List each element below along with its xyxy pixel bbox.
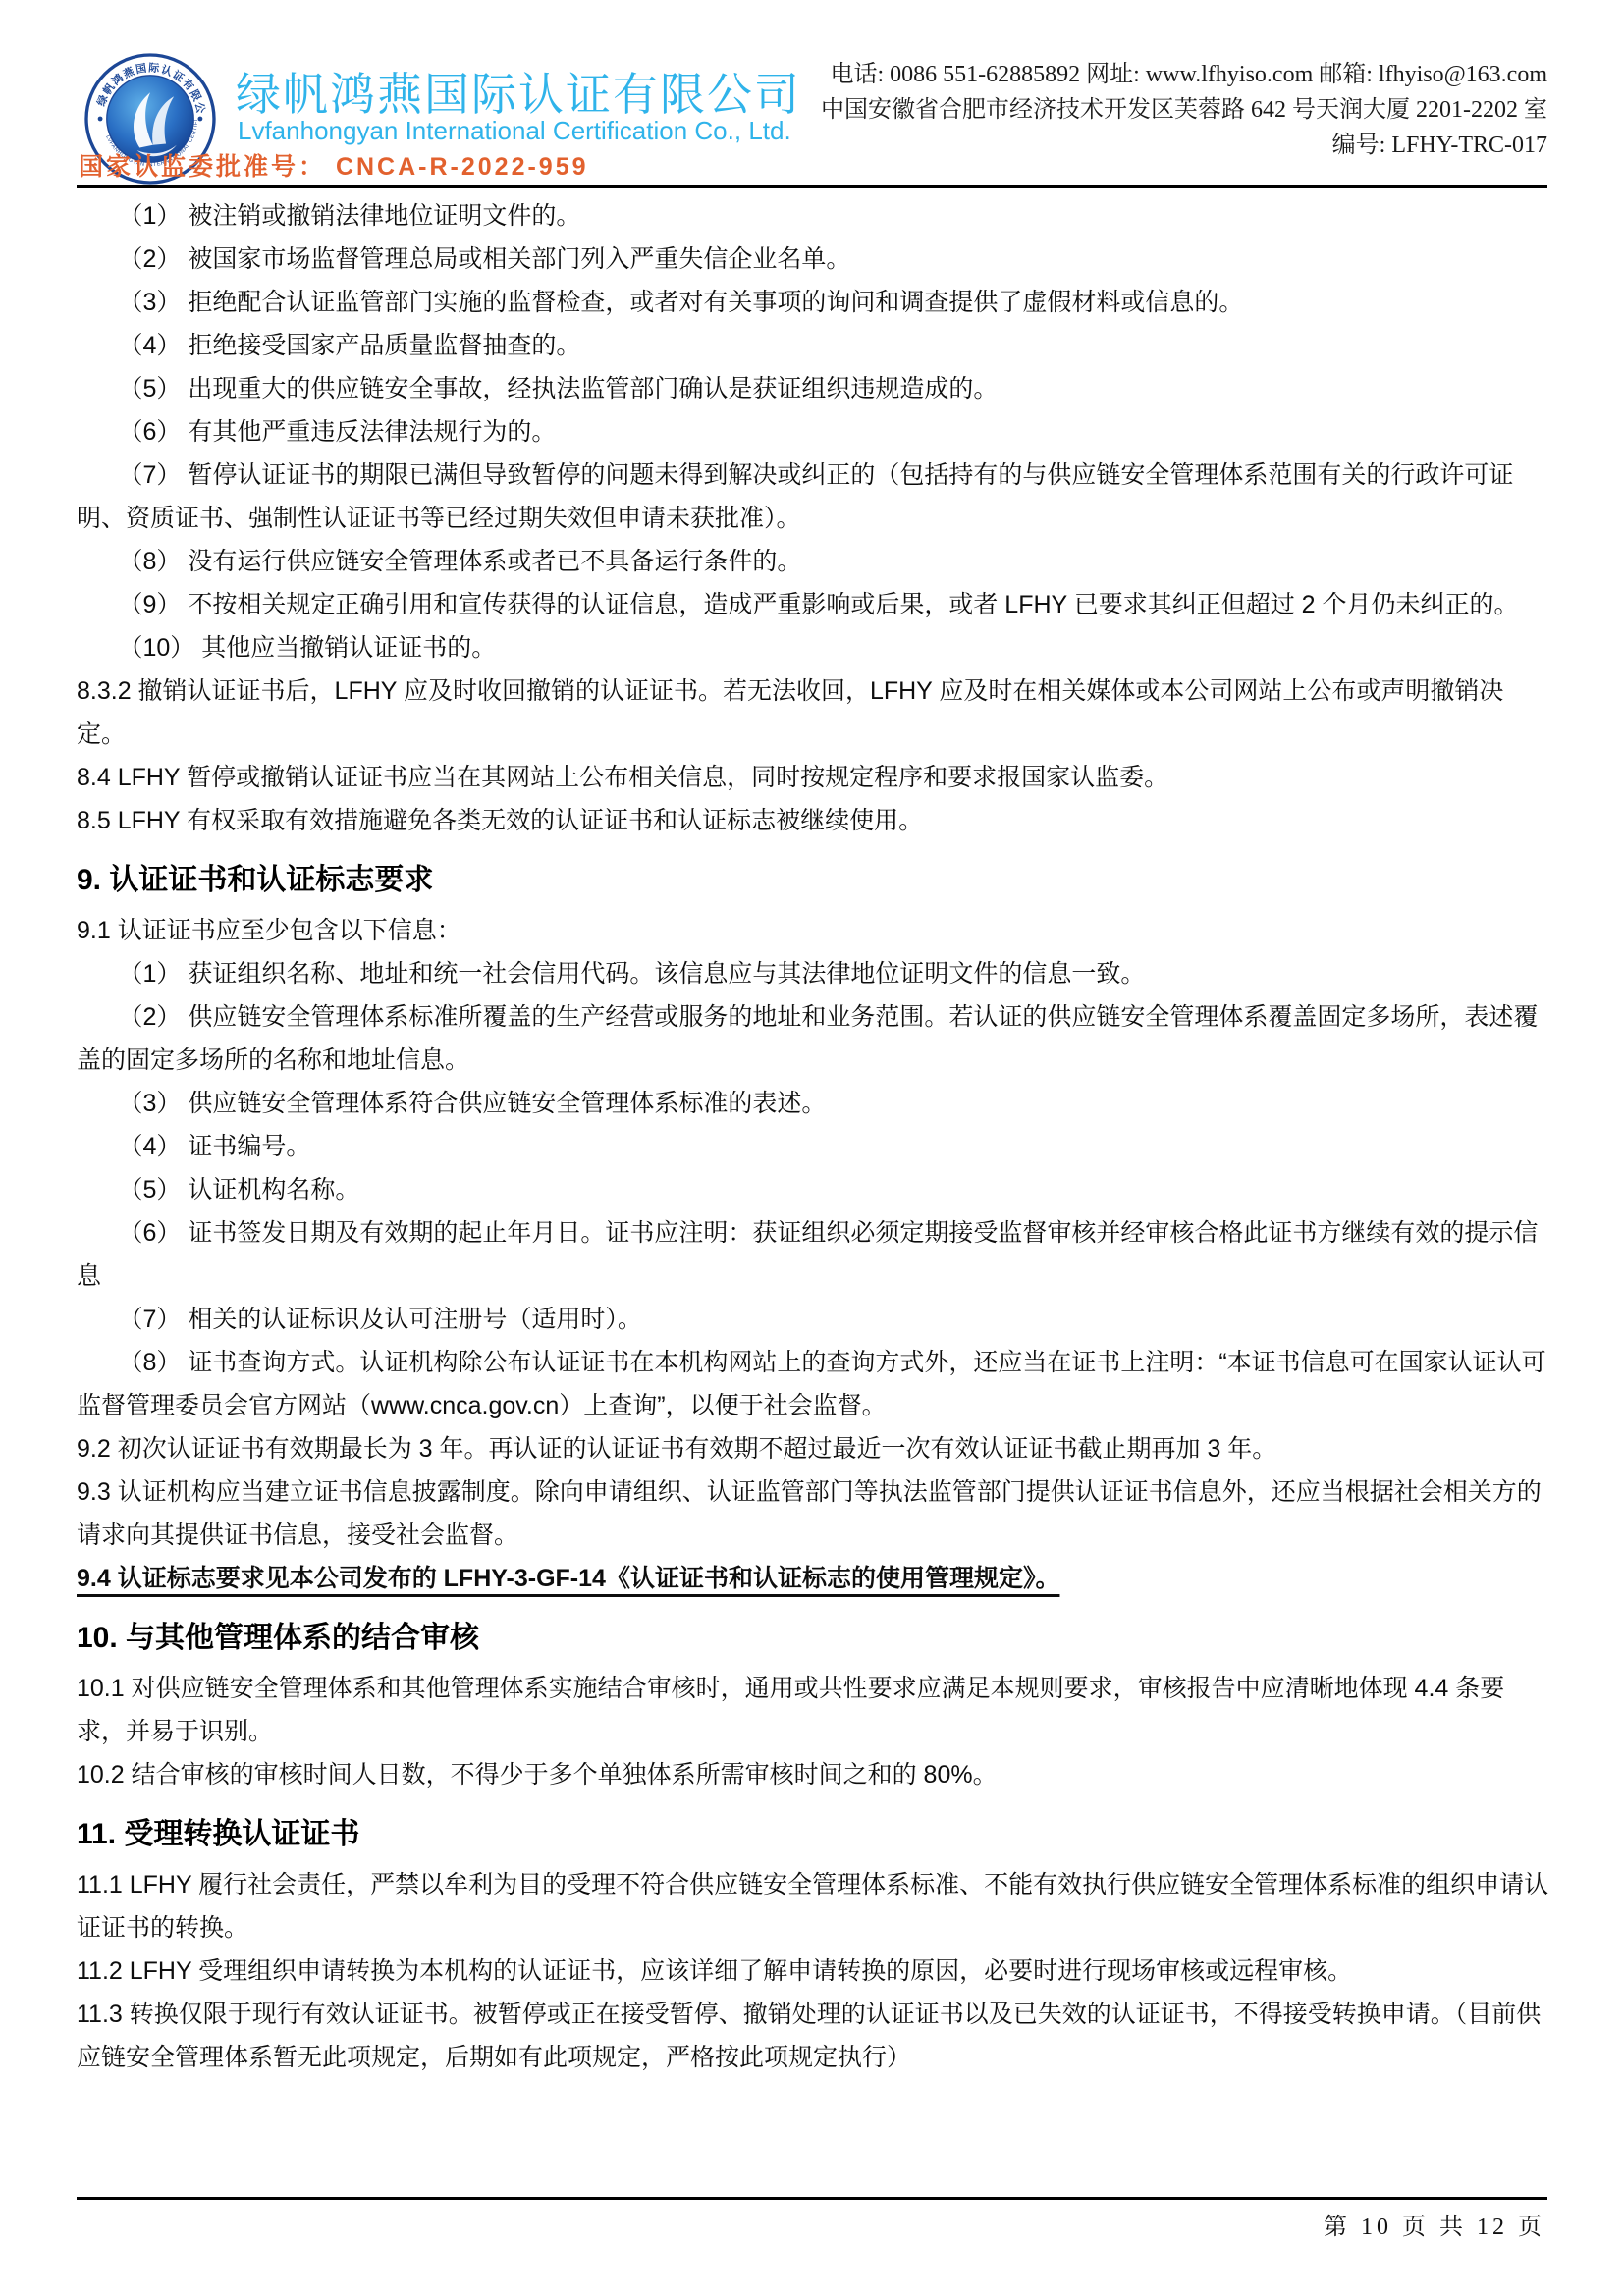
paragraph-para-10-1: 10.1 对供应链安全管理体系和其他管理体系实施结合审核时，通用或共性要求应满足… [77,1667,1549,1753]
paragraph-para-8-4: 8.4 LFHY 暂停或撤销认证证书应当在其网站上公布相关信息，同时按规定程序和… [77,756,1549,799]
address-line: 中国安徽省合肥市经济技术开发区芙蓉路 642 号天润大厦 2201-2202 室 [821,92,1547,128]
paragraph-item-8-9: （9） 不按相关规定正确引用和宣传获得的认证信息，造成严重影响或后果，或者 LF… [77,583,1549,626]
paragraph-item-9-5: （5） 认证机构名称。 [77,1168,1549,1211]
paragraph-para-9-2: 9.2 初次认证证书有效期最长为 3 年。再认证的认证证书有效期不超过最近一次有… [77,1427,1549,1470]
paragraph-para-10-2: 10.2 结合审核的审核时间人日数，不得少于多个单独体系所需审核时间之和的 80… [77,1753,1549,1796]
paragraph-item-8-10: （10） 其他应当撤销认证证书的。 [77,626,1549,669]
contact-line: 电话: 0086 551-62885892 网址: www.lfhyiso.co… [821,57,1547,92]
paragraph-item-9-4: （4） 证书编号。 [77,1125,1549,1168]
paragraph-heading-10: 10. 与其他管理体系的结合审核 [77,1616,1549,1661]
paragraph-item-9-8: （8） 证书查询方式。认证机构除公布认证证书在本机构网站上的查询方式外，还应当在… [77,1341,1549,1427]
company-name-en: Lvfanhongyan International Certification… [238,116,791,146]
paragraph-para-8-3-2: 8.3.2 撤销认证证书后，LFHY 应及时收回撤销的认证证书。若无法收回，LF… [77,669,1549,756]
doc-number-line: 编号: LFHY-TRC-017 [821,128,1547,163]
header-divider [77,185,1547,188]
page-number: 第 10 页 共 12 页 [1324,2207,1545,2241]
paragraph-para-11-1: 11.1 LFHY 履行社会责任，严禁以牟利为目的受理不符合供应链安全管理体系标… [77,1863,1549,1949]
approval-number-line: 国家认监委批准号： CNCA-R-2022-959 [79,147,589,183]
paragraph-para-11-3: 11.3 转换仅限于现行有效认证证书。被暂停或正在接受暂停、撤销处理的认证证书以… [77,1993,1549,2079]
company-name-zh: 绿帆鸿燕国际认证有限公司 [236,59,801,124]
paragraph-para-9-3: 9.3 认证机构应当建立证书信息披露制度。除向申请组织、认证监管部门等执法监管部… [77,1470,1549,1557]
paragraph-heading-11: 11. 受理转换认证证书 [77,1812,1549,1857]
paragraph-para-11-2: 11.2 LFHY 受理组织申请转换为本机构的认证证书，应该详细了解申请转换的原… [77,1949,1549,1993]
paragraph-item-8-3: （3） 拒绝配合认证监管部门实施的监督检查，或者对有关事项的询问和调查提供了虚假… [77,281,1549,324]
paragraph-item-9-7: （7） 相关的认证标识及认可注册号（适用时）。 [77,1298,1549,1341]
paragraph-item-8-5: （5） 出现重大的供应链安全事故，经执法监管部门确认是获证组织违规造成的。 [77,367,1549,410]
paragraph-item-8-7: （7） 暂停认证证书的期限已满但导致暂停的问题未得到解决或纠正的（包括持有的与供… [77,454,1549,540]
paragraph-item-9-1: （1） 获证组织名称、地址和统一社会信用代码。该信息应与其法律地位证明文件的信息… [77,952,1549,995]
paragraph-item-8-4: （4） 拒绝接受国家产品质量监督抽查的。 [77,324,1549,367]
paragraph-item-9-3: （3） 供应链安全管理体系符合供应链安全管理体系标准的表述。 [77,1082,1549,1125]
paragraph-item-8-2: （2） 被国家市场监督管理总局或相关部门列入严重失信企业名单。 [77,238,1549,281]
paragraph-item-8-1: （1） 被注销或撤销法律地位证明文件的。 [77,194,1549,238]
paragraph-item-8-8: （8） 没有运行供应链安全管理体系或者已不具备运行条件的。 [77,540,1549,583]
paragraph-item-9-2: （2） 供应链安全管理体系标准所覆盖的生产经营或服务的地址和业务范围。若认证的供… [77,995,1549,1082]
paragraph-item-9-6: （6） 证书签发日期及有效期的起止年月日。证书应注明：获证组织必须定期接受监督审… [77,1211,1549,1298]
document-body: （1） 被注销或撤销法律地位证明文件的。（2） 被国家市场监督管理总局或相关部门… [77,194,1549,2079]
paragraph-para-9-1: 9.1 认证证书应至少包含以下信息： [77,909,1549,952]
document-page: 绿帆鸿燕国际认证有限公司 LVFANHONGYAN INTERNATIONAL … [0,0,1624,2296]
paragraph-heading-9: 9. 认证证书和认证标志要求 [77,858,1549,903]
header-contact-block: 电话: 0086 551-62885892 网址: www.lfhyiso.co… [821,57,1547,163]
paragraph-para-9-4: 9.4 认证标志要求见本公司发布的 LFHY-3-GF-14《认证证书和认证标志… [77,1557,1549,1600]
footer-divider [77,2197,1547,2200]
paragraph-item-8-6: （6） 有其他严重违反法律法规行为的。 [77,410,1549,454]
paragraph-para-8-5: 8.5 LFHY 有权采取有效措施避免各类无效的认证证书和认证标志被继续使用。 [77,799,1549,842]
